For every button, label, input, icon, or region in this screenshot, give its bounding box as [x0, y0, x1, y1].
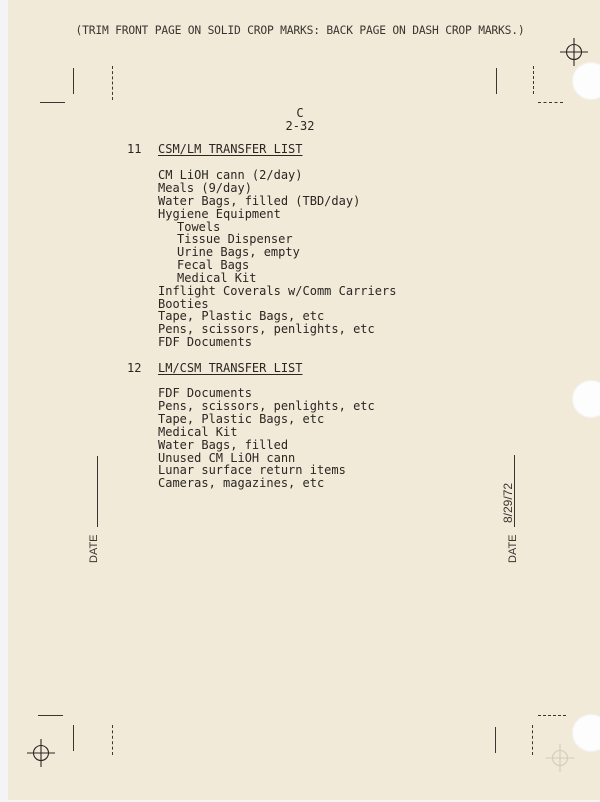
solid-crop-mark	[73, 725, 74, 751]
section-title: CSM/LM TRANSFER LIST	[158, 143, 303, 156]
list-item: Medical Kit	[158, 426, 237, 439]
solid-crop-mark	[495, 727, 496, 753]
list-item: Tape, Plastic Bags, etc	[158, 310, 324, 323]
registration-crosshair-icon	[27, 739, 55, 767]
solid-crop-mark	[40, 102, 65, 103]
list-item: Hygiene Equipment	[158, 208, 281, 221]
list-item: FDF Documents	[158, 336, 252, 349]
list-item: FDF Documents	[158, 387, 252, 400]
dash-crop-mark	[538, 715, 566, 716]
dash-crop-mark	[538, 102, 563, 103]
section-letter: C	[270, 106, 330, 120]
solid-crop-mark	[38, 715, 63, 716]
page-number: 2-32	[270, 119, 330, 133]
faint-crosshair-icon	[546, 744, 574, 772]
list-item: Meals (9/day)	[158, 182, 252, 195]
dash-crop-mark	[112, 725, 113, 755]
list-subitem: Tissue Dispenser	[177, 233, 293, 246]
section-title: LM/CSM TRANSFER LIST	[158, 362, 303, 375]
date-label: DATE	[507, 534, 519, 563]
date-underline	[97, 456, 98, 527]
date-label: DATE	[88, 534, 100, 563]
list-subitem: Fecal Bags	[177, 259, 249, 272]
list-item: Pens, scissors, penlights, etc	[158, 323, 375, 336]
list-item: Inflight Coverals w/Comm Carriers	[158, 285, 396, 298]
section-number: 12	[127, 362, 141, 375]
registration-crosshair-icon	[560, 38, 588, 66]
list-item: Tape, Plastic Bags, etc	[158, 413, 324, 426]
list-item: Water Bags, filled	[158, 439, 288, 452]
section-number: 11	[127, 143, 141, 156]
list-item: CM LiOH cann (2/day)	[158, 169, 303, 182]
list-subitem: Medical Kit	[177, 272, 256, 285]
dash-crop-mark	[533, 66, 534, 94]
dash-crop-mark	[112, 66, 113, 100]
solid-crop-mark	[73, 68, 74, 94]
list-item: Lunar surface return items	[158, 464, 346, 477]
list-item: Cameras, magazines, etc	[158, 477, 324, 490]
list-item: Water Bags, filled (TBD/day)	[158, 195, 360, 208]
list-subitem: Urine Bags, empty	[177, 246, 300, 259]
list-item: Pens, scissors, penlights, etc	[158, 400, 375, 413]
dash-crop-mark	[532, 725, 533, 755]
trim-instruction-note: (TRIM FRONT PAGE ON SOLID CROP MARKS: BA…	[0, 24, 600, 37]
solid-crop-mark	[496, 68, 497, 94]
date-value: 8/29/72	[501, 483, 515, 523]
